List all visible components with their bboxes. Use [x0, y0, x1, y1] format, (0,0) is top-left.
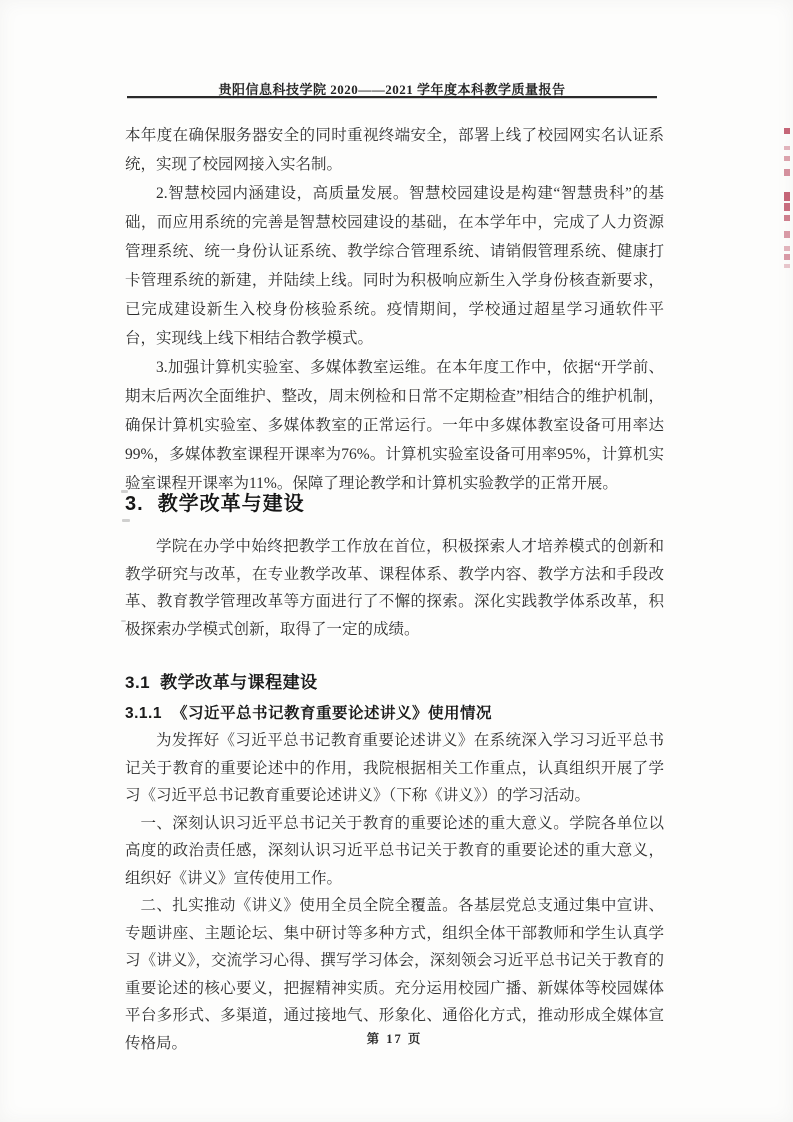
subsubsection-title: 《习近平总书记教育重要论述讲义》使用情况 [172, 705, 492, 722]
scan-red-mark [784, 231, 790, 238]
scan-red-mark [784, 215, 790, 221]
page-number: 第 17 页 [125, 1029, 664, 1047]
subsection-heading: 3.1教学改革与课程建设 [125, 672, 664, 694]
subsection-number: 3.1 [125, 673, 150, 692]
scan-red-mark [784, 156, 790, 161]
section-number: 3. [125, 493, 144, 515]
header-rule [127, 96, 657, 98]
scan-red-mark [784, 128, 790, 134]
scan-red-mark [784, 169, 790, 176]
section-heading: 3.教学改革与建设 [125, 492, 664, 516]
scan-gray-smudge [122, 519, 130, 522]
subsubsection-number: 3.1.1 [125, 705, 162, 722]
body-text-block: 本年度在确保服务器安全的同时重视终端安全，部署上线了校园网实名认证系统，实现了校… [125, 121, 664, 498]
scan-red-mark [784, 146, 790, 150]
paragraph: 为发挥好《习近平总书记教育重要论述讲义》在系统深入学习习近平总书记关于教育的重要… [125, 727, 664, 810]
section-intro-block: 学院在办学中始终把教学工作放在首位，积极探索人才培养模式的创新和教学研究与改革，… [125, 533, 664, 643]
subsection-text-block: 为发挥好《习近平总书记教育重要论述讲义》在系统深入学习习近平总书记关于教育的重要… [125, 727, 664, 1057]
scan-red-mark [784, 246, 790, 251]
section-title: 教学改革与建设 [158, 493, 305, 515]
scan-red-mark [784, 264, 790, 268]
paragraph: 一、深刻认识习近平总书记关于教育的重要论述的重大意义。学院各单位以高度的政治责任… [125, 810, 664, 893]
subsection-title: 教学改革与课程建设 [160, 673, 318, 692]
paragraph: 3.加强计算机实验室、多媒体教室运维。在本年度工作中，依据“开学前、期末后两次全… [125, 353, 664, 498]
paragraph: 本年度在确保服务器安全的同时重视终端安全，部署上线了校园网实名认证系统，实现了校… [125, 121, 664, 179]
subsubsection-heading: 3.1.1《习近平总书记教育重要论述讲义》使用情况 [125, 703, 664, 724]
scan-red-mark [784, 254, 790, 260]
paragraph: 2.智慧校园内涵建设，高质量发展。智慧校园建设是构建“智慧贵科”的基础，而应用系… [125, 179, 664, 353]
paragraph: 学院在办学中始终把教学工作放在首位，积极探索人才培养模式的创新和教学研究与改革，… [125, 533, 664, 643]
document-page: 贵阳信息科技学院 2020——2021 学年度本科教学质量报告 本年度在确保服务… [0, 0, 793, 1122]
scan-red-mark [784, 192, 790, 201]
scan-red-mark [784, 203, 790, 211]
